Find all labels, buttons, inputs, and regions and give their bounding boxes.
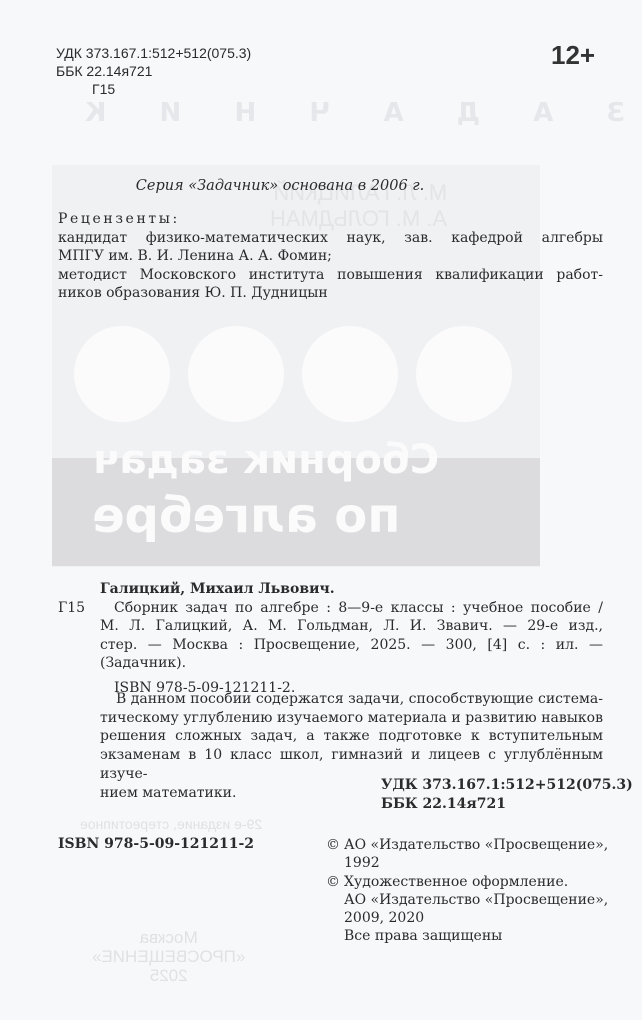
udk-code: УДК 373.167.1:512+512(075.3) — [56, 44, 251, 62]
ghost-letter: К — [85, 98, 106, 128]
copyright-line: АО «Издательство «Просвещение», — [344, 891, 608, 909]
ghost-title-line: по алгебре — [52, 492, 507, 540]
record-body: Сборник задач по алгебре : 8—9-е классы … — [100, 599, 603, 673]
classification-footer: УДК 373.167.1:512+512(075.3) ББК 22.14я7… — [381, 776, 633, 813]
reviewer-line: МПГУ им. В. И. Ленина А. А. Фомин; — [58, 247, 603, 266]
reviewer-line: ников образования Ю. П. Дудницын — [58, 284, 603, 303]
record-author: Галицкий, Михаил Львович. — [58, 580, 603, 599]
bibliographic-record: Галицкий, Михаил Львович. Г15 Сборник за… — [58, 580, 603, 697]
reviewer-line: кандидат физико-математических наук, зав… — [58, 229, 603, 248]
ghost-letter: И — [160, 98, 182, 128]
series-note: Серия «Задачник» основана в 2006 г. — [0, 178, 560, 194]
ghost-year: 2025 — [92, 966, 245, 985]
isbn: ISBN 978-5-09-121211-2 — [58, 836, 254, 852]
author-mark: Г15 — [56, 80, 251, 98]
record-line: стер. — Москва : Просвещение, 2025. — 30… — [100, 636, 603, 655]
ghost-city: Москва — [92, 928, 245, 947]
ghost-circle — [188, 326, 284, 422]
annotation-line: тическому углублению изучаемого материал… — [100, 709, 603, 728]
copyright-entry: © Художественное оформление. АО «Издател… — [326, 873, 608, 928]
copyright-line: Художественное оформление. — [344, 873, 608, 891]
copyright-entry: © АО «Издательство «Просвещение», 1992 — [326, 836, 608, 873]
record-code: Г15 — [58, 599, 100, 673]
bbk-code-bottom: ББК 22.14я721 — [381, 795, 633, 814]
show-through-title: Сборник задач по алгебре — [52, 440, 507, 540]
ghost-letter: З — [607, 98, 625, 128]
copyright-icon: © — [326, 873, 344, 928]
show-through-circles — [52, 310, 540, 430]
copyright-block: © АО «Издательство «Просвещение», 1992 ©… — [326, 836, 608, 946]
copyright-line: АО «Издательство «Просвещение», — [344, 836, 608, 854]
show-through-edition: 29-е издание, стереотипное — [80, 816, 262, 832]
rights-reserved: Все права защищены — [326, 927, 608, 945]
ghost-letter: А — [384, 98, 404, 128]
record-line: (Задачник). — [100, 654, 603, 673]
udk-code-bottom: УДК 373.167.1:512+512(075.3) — [381, 776, 633, 795]
ghost-letter: Д — [457, 98, 480, 128]
annotation-line: решения сложных задач, а также подготовк… — [100, 727, 603, 746]
ghost-title-line: Сборник задач — [52, 440, 507, 480]
annotation-line: В данном пособии содержатся задачи, спос… — [100, 690, 603, 709]
classification-header: УДК 373.167.1:512+512(075.3) ББК 22.14я7… — [56, 44, 251, 98]
record-line: М. Л. Галицкий, А. М. Гольдман, Л. И. Зв… — [100, 617, 603, 636]
show-through-series-letters: З А Д А Ч Н И К — [85, 93, 625, 133]
ghost-letter: Н — [234, 98, 256, 128]
ghost-letter: Ч — [309, 98, 330, 128]
show-through-imprint: Москва «ПРОСВЕЩЕНИЕ» 2025 — [92, 928, 245, 985]
ghost-circle — [302, 326, 398, 422]
copyright-icon: © — [326, 836, 344, 873]
reviewers-block: Рецензенты: кандидат физико-математическ… — [58, 210, 603, 303]
ghost-circle — [416, 326, 512, 422]
copyright-line: 2009, 2020 — [344, 909, 608, 927]
reviewer-line: методист Московского института повышения… — [58, 266, 603, 285]
copyright-line: 1992 — [344, 854, 608, 872]
show-through-title-band — [52, 458, 540, 566]
reviewers-heading: Рецензенты: — [58, 210, 603, 229]
ghost-letter: А — [533, 98, 553, 128]
ghost-circle — [74, 326, 170, 422]
age-rating: 12+ — [551, 40, 595, 71]
ghost-publisher: «ПРОСВЕЩЕНИЕ» — [92, 947, 245, 966]
record-line: Сборник задач по алгебре : 8—9-е классы … — [100, 599, 603, 618]
bbk-code: ББК 22.14я721 — [56, 62, 251, 80]
